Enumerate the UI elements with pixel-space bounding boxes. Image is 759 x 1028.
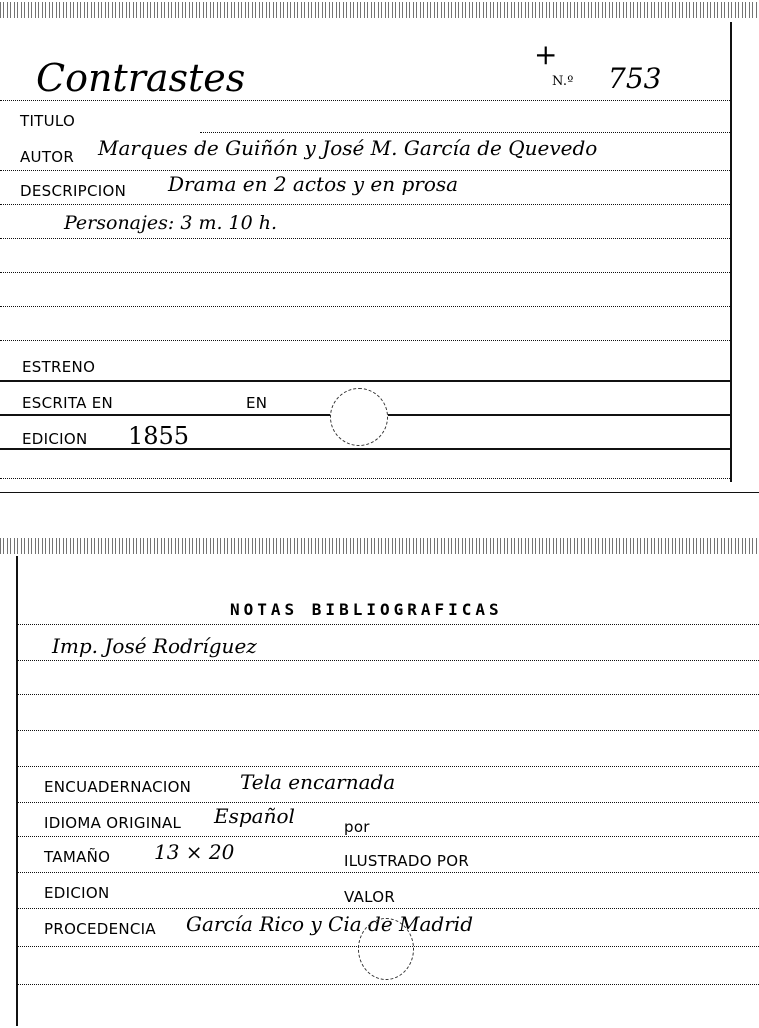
rule — [0, 340, 730, 341]
rule — [18, 660, 759, 661]
rule — [18, 730, 759, 731]
autor-value: Marques de Guiñón y José M. García de Qu… — [98, 136, 597, 160]
rule — [18, 984, 759, 985]
encuadernacion-label: ENCUADERNACION — [44, 778, 191, 796]
estreno-label: ESTRENO — [22, 358, 95, 376]
rule — [0, 238, 730, 239]
procedencia-value: García Rico y Cia de Madrid — [186, 912, 473, 936]
rule — [0, 478, 730, 479]
valor-label: VALOR — [344, 888, 395, 906]
titulo-label: TITULO — [20, 112, 75, 130]
idioma-original-value: Español — [214, 804, 295, 828]
rule — [18, 802, 759, 803]
notes-value: Imp. José Rodríguez — [52, 634, 257, 658]
scan-noise-top — [0, 538, 759, 554]
card-border-left — [16, 556, 18, 1026]
rule — [0, 306, 730, 307]
title-handwritten: Contrastes — [36, 56, 245, 100]
rule — [18, 872, 759, 873]
rule — [0, 448, 730, 450]
number-label: N.º — [552, 74, 574, 89]
edicion-label: EDICION — [22, 430, 87, 448]
cross-mark: + — [534, 38, 557, 71]
edicion2-label: EDICION — [44, 884, 109, 902]
catalog-card-2: NOTAS BIBLIOGRAFICAS Imp. José Rodríguez… — [0, 538, 759, 1028]
rule — [18, 694, 759, 695]
tamano-value: 13 × 20 — [154, 840, 234, 864]
tamano-label: TAMAÑO — [44, 848, 110, 866]
en-label: EN — [246, 394, 267, 412]
scan-noise-top — [0, 2, 759, 18]
rule — [200, 132, 730, 133]
rule — [0, 100, 730, 101]
rule — [18, 946, 759, 947]
catalog-card-1: Contrastes + N.º 753 TITULO AUTOR Marque… — [0, 0, 759, 500]
notas-heading: NOTAS BIBLIOGRAFICAS — [230, 600, 503, 619]
por-label: por — [344, 818, 370, 836]
rule — [18, 624, 759, 625]
rule — [18, 836, 759, 837]
rule — [0, 380, 730, 382]
punch-hole — [358, 918, 414, 980]
rule — [18, 766, 759, 767]
number-value: 753 — [608, 62, 661, 95]
descripcion-value: Drama en 2 actos y en prosa — [168, 172, 458, 196]
card-bottom-edge — [0, 492, 759, 493]
procedencia-label: PROCEDENCIA — [44, 920, 156, 938]
idioma-original-label: IDIOMA ORIGINAL — [44, 814, 181, 832]
rule — [0, 170, 730, 171]
card-border-right — [730, 22, 732, 482]
escrita-en-label: ESCRITA EN — [22, 394, 113, 412]
edicion-value: 1855 — [128, 422, 189, 450]
personajes-value: Personajes: 3 m. 10 h. — [64, 212, 277, 234]
encuadernacion-value: Tela encarnada — [240, 770, 395, 794]
rule — [0, 204, 730, 205]
rule — [0, 272, 730, 273]
rule — [18, 908, 759, 909]
descripcion-label: DESCRIPCION — [20, 182, 126, 200]
ilustrado-por-label: ILUSTRADO POR — [344, 852, 469, 870]
autor-label: AUTOR — [20, 148, 74, 166]
punch-hole — [330, 388, 388, 446]
